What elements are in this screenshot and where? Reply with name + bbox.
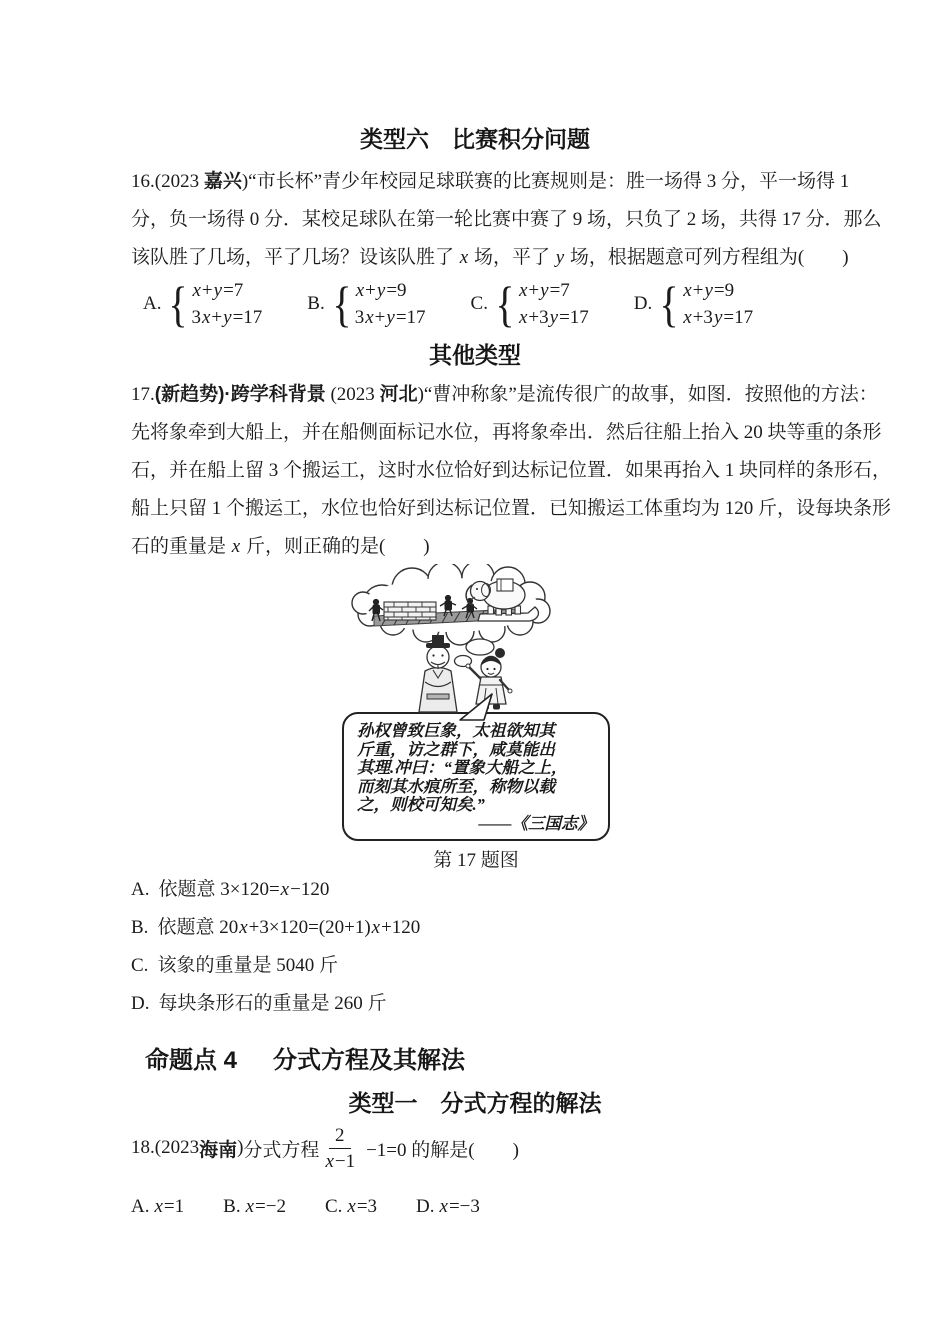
q17-option-d: D.每块条形石的重量是 260 斤: [131, 985, 871, 1023]
bubble-line: 之，则校可知矣.”: [357, 796, 596, 815]
q17-number: 17.: [131, 384, 155, 405]
q16-option-a: A. { x+y=7 3x+y=17: [143, 277, 262, 331]
option-label: C.: [325, 1196, 342, 1217]
q18-option-c: C.x=3: [325, 1194, 377, 1220]
q16-option-c: C. { x+y=7 x+3y=17: [471, 277, 589, 331]
q16-source-bold: 嘉兴: [204, 171, 242, 192]
boat: [478, 607, 538, 621]
equation-1: x+y=7: [518, 277, 589, 304]
option-label: A.: [143, 293, 161, 315]
option-text: 依题意 20x+3×120=(20+1)x+120: [157, 917, 420, 938]
q18-number: 18.: [131, 1137, 155, 1159]
workers: [369, 595, 477, 621]
q17-source-bold: 河北: [380, 384, 418, 405]
q18-tail: −1=0 的解是( ): [366, 1135, 519, 1162]
q16-line-3: 该队胜了几场，平了几场？设该队胜了 x 场，平了 y 场，根据题意可列方程组为(…: [131, 239, 871, 277]
topic-4-label: 命题点 4: [145, 1047, 237, 1074]
bubble-line: 而刻其水痕所至，称物以载: [357, 778, 596, 797]
worksheet-page: 类型六 比赛积分问题 16.(2023 嘉兴)“市长杯”青少年校园足球联赛的比赛…: [0, 0, 950, 1344]
q17-line-2: 先将象牵到大船上，并在船侧面标记水位，再将象牵出．然后往船上抬入 20 块等重的…: [131, 414, 871, 452]
bubble-line: 孙权曾致巨象，太祖欲知其: [357, 722, 596, 741]
equation-1: x+y=9: [682, 277, 753, 304]
brace-icon: {: [332, 279, 351, 329]
equation-system: x+y=9 3x+y=17: [355, 277, 426, 331]
option-label: D.: [131, 993, 149, 1014]
equation-system: x+y=7 x+3y=17: [518, 277, 589, 331]
topic-4-title: 分式方程及其解法: [273, 1047, 465, 1074]
section-title-type1: 类型一 分式方程的解法: [0, 1085, 950, 1118]
brace-icon: {: [169, 279, 188, 329]
q18-lead: 分式方程: [243, 1135, 319, 1162]
q17-tag: (新趋势)·跨学科背景: [155, 384, 326, 405]
option-label: D.: [416, 1196, 434, 1217]
bubble-line: 其理.冲曰：“置象大船之上，: [357, 759, 596, 778]
man-figure: [419, 635, 457, 712]
q17-line-4: 船上只留 1 个搬运工，水位也恰好到达标记位置．已知搬运工体重均为 120 斤，…: [131, 490, 871, 528]
q17-line-3: 石，并在船上留 3 个搬运工，这时水位恰好到达标记位置．如果再抬入 1 块同样的…: [131, 452, 871, 490]
thought-cloud-icon: [352, 564, 550, 645]
topic-4-heading: 命题点 4分式方程及其解法: [145, 1040, 465, 1075]
q17-line-1: 17.(新趋势)·跨学科背景 (2023 河北)“曹冲称象”是流传很广的故事，如…: [131, 376, 871, 414]
equation-2: 3x+y=17: [191, 304, 262, 331]
elephant: [466, 579, 525, 615]
q16-line-1-text: “市长杯”青少年校园足球联赛的比赛规则是：胜一场得 3 分，平一场得 1: [248, 171, 849, 192]
equation-system: x+y=7 3x+y=17: [191, 277, 262, 331]
thought-trail-icon: [455, 639, 495, 667]
equation-system: x+y=9 x+3y=17: [682, 277, 753, 331]
q18-source-bold: 海南: [199, 1135, 237, 1162]
q16-number: 16.: [131, 171, 155, 192]
q16-option-b: B. { x+y=9 3x+y=17: [307, 277, 425, 331]
cao-chong-illustration: [330, 564, 622, 730]
q18-option-d: D.x=−3: [416, 1194, 480, 1220]
section-title-type6: 类型六 比赛积分问题: [0, 121, 950, 154]
equation-2: x+3y=17: [682, 304, 753, 331]
option-label: C.: [471, 293, 488, 315]
option-label: D.: [634, 293, 652, 315]
option-value: x=1: [153, 1196, 184, 1217]
option-label: A.: [131, 1196, 149, 1217]
equation-1: x+y=9: [355, 277, 426, 304]
bubble-line: 斤重，访之群下，咸莫能出: [357, 741, 596, 760]
question-17: 17.(新趋势)·跨学科背景 (2023 河北)“曹冲称象”是流传很广的故事，如…: [131, 376, 871, 566]
option-label: B.: [307, 293, 324, 315]
brick-pile: [384, 602, 436, 620]
q16-line-2: 分，负一场得 0 分．某校足球队在第一轮比赛中赛了 9 场，只负了 2 场，共得…: [131, 201, 871, 239]
option-text: 依题意 3×120=x−120: [158, 879, 329, 900]
fraction: 2 x−1: [322, 1123, 357, 1174]
option-value: x=−3: [439, 1196, 480, 1217]
dock: [374, 609, 518, 626]
option-value: x=3: [346, 1196, 377, 1217]
child-figure: [466, 648, 512, 710]
fraction-denominator: x−1: [322, 1149, 357, 1174]
q17-option-c: C.该象的重量是 5040 斤: [131, 947, 871, 985]
q17-options: A.依题意 3×120=x−120 B.依题意 20x+3×120=(20+1)…: [131, 871, 871, 1023]
option-label: B.: [131, 917, 148, 938]
fraction-numerator: 2: [329, 1123, 351, 1149]
option-label: B.: [223, 1196, 240, 1217]
brace-icon: {: [495, 279, 514, 329]
q16-source-open: (2023: [155, 171, 204, 192]
q18-option-a: A.x=1: [131, 1194, 184, 1220]
question-16: 16.(2023 嘉兴)“市长杯”青少年校园足球联赛的比赛规则是：胜一场得 3 …: [131, 163, 871, 277]
q18-options: A.x=1 B.x=−2 C.x=3 D.x=−3: [131, 1194, 480, 1220]
figure-caption: 第 17 题图: [330, 845, 622, 872]
q17-line-1-text: “曹冲称象”是流传很广的故事，如图．按照他的方法：: [424, 384, 878, 405]
q16-option-d: D. { x+y=9 x+3y=17: [634, 277, 753, 331]
q16-options: A. { x+y=7 3x+y=17 B. { x+y=9 3x+y=17 C.…: [143, 277, 753, 331]
cloud-inner: [362, 578, 538, 632]
brace-icon: {: [660, 279, 679, 329]
option-label: C.: [131, 955, 148, 976]
q17-option-b: B.依题意 20x+3×120=(20+1)x+120: [131, 909, 871, 947]
option-text: 每块条形石的重量是 260 斤: [158, 993, 386, 1014]
q17-line-5: 石的重量是 x 斤，则正确的是( ): [131, 528, 871, 566]
q17-source-open: (2023: [326, 384, 380, 405]
q18-option-b: B.x=−2: [223, 1194, 286, 1220]
option-label: A.: [131, 879, 149, 900]
q16-line-1: 16.(2023 嘉兴)“市长杯”青少年校园足球联赛的比赛规则是：胜一场得 3 …: [131, 163, 871, 201]
q18-source-open: (2023: [155, 1137, 199, 1159]
speech-bubble: 孙权曾致巨象，太祖欲知其 斤重，访之群下，咸莫能出 其理.冲曰：“置象大船之上，…: [342, 712, 610, 841]
option-text: 该象的重量是 5040 斤: [157, 955, 338, 976]
q17-option-a: A.依题意 3×120=x−120: [131, 871, 871, 909]
section-title-other: 其他类型: [0, 337, 950, 370]
equation-1: x+y=7: [191, 277, 262, 304]
equation-2: 3x+y=17: [355, 304, 426, 331]
equation-2: x+3y=17: [518, 304, 589, 331]
option-value: x=−2: [245, 1196, 286, 1217]
question-18: 18.(2023 海南)分式方程 2 x−1 −1=0 的解是( ): [131, 1116, 519, 1180]
bubble-attribution: ——《三国志》: [357, 815, 596, 834]
figure-17: 孙权曾致巨象，太祖欲知其 斤重，访之群下，咸莫能出 其理.冲曰：“置象大船之上，…: [330, 564, 622, 876]
